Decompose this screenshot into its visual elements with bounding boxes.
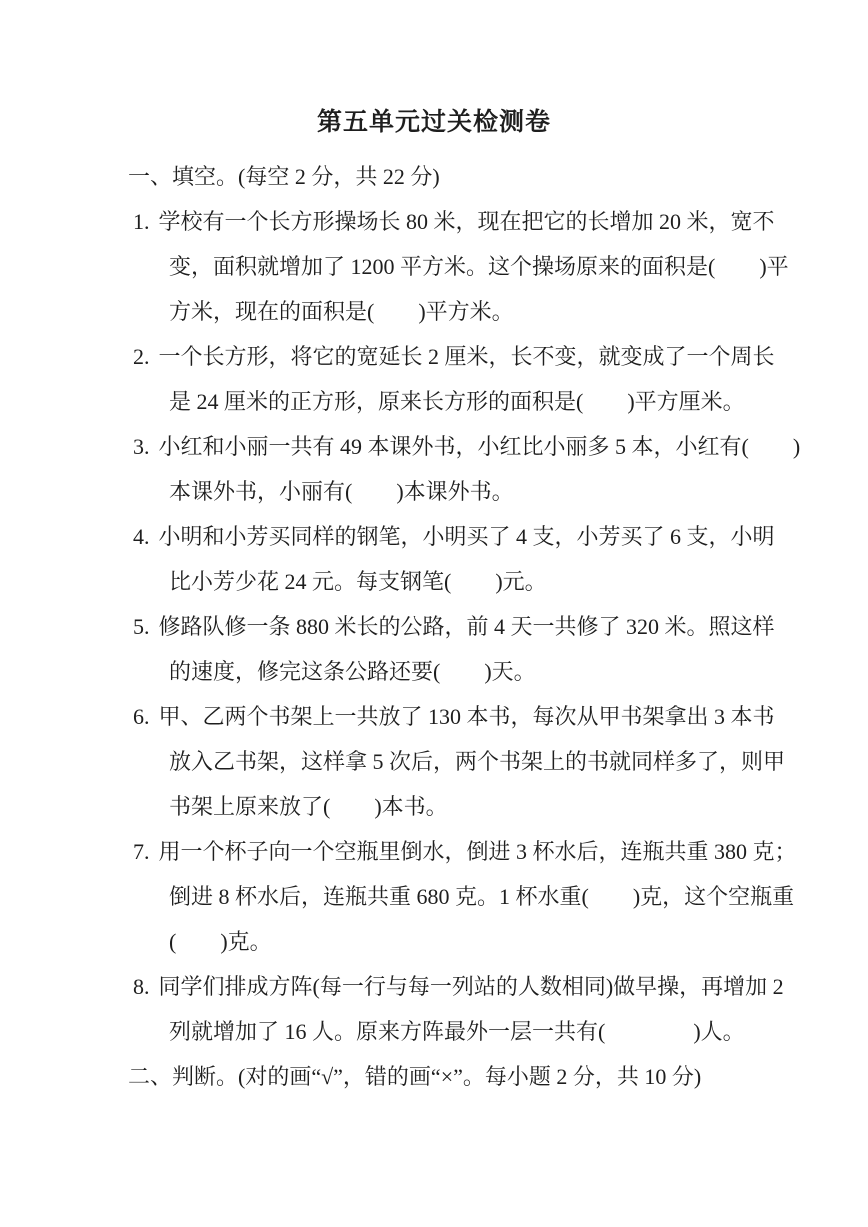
question-7-number: 7. bbox=[133, 829, 150, 874]
question-6-line-1: 6.甲、乙两个书架上一共放了 130 本书，每次从甲书架拿出 3 本书 bbox=[128, 694, 740, 739]
worksheet-page: 第五单元过关检测卷 一、填空。(每空 2 分，共 22 分) 1.学校有一个长方… bbox=[0, 0, 868, 1227]
question-6-line-2: 放入乙书架，这样拿 5 次后，两个书架上的书就同样多了，则甲 bbox=[128, 739, 740, 784]
section-2-heading: 二、判断。(对的画“√”，错的画“×”。每小题 2 分，共 10 分) bbox=[128, 1054, 740, 1099]
question-4-text-1: 小明和小芳买同样的钢笔，小明买了 4 支，小芳买了 6 支，小明 bbox=[159, 524, 775, 549]
question-2-text-1: 一个长方形，将它的宽延长 2 厘米，长不变，就变成了一个周长 bbox=[159, 344, 775, 369]
question-5-line-1: 5.修路队修一条 880 米长的公路，前 4 天一共修了 320 米。照这样 bbox=[128, 604, 740, 649]
page-title: 第五单元过关检测卷 bbox=[128, 106, 740, 140]
question-3-text-1: 小红和小丽一共有 49 本课外书，小红比小丽多 5 本，小红有( ) bbox=[159, 434, 801, 459]
question-2: 2.一个长方形，将它的宽延长 2 厘米，长不变，就变成了一个周长 是 24 厘米… bbox=[128, 334, 740, 424]
question-1-line-2: 变，面积就增加了 1200 平方米。这个操场原来的面积是( )平 bbox=[128, 244, 740, 289]
question-3-number: 3. bbox=[133, 424, 150, 469]
question-1-line-3: 方米，现在的面积是( )平方米。 bbox=[128, 289, 740, 334]
question-5-number: 5. bbox=[133, 604, 150, 649]
question-5-line-2: 的速度，修完这条公路还要( )天。 bbox=[128, 649, 740, 694]
question-1-number: 1. bbox=[133, 199, 150, 244]
question-7-line-3: ( )克。 bbox=[128, 919, 740, 964]
question-2-line-2: 是 24 厘米的正方形，原来长方形的面积是( )平方厘米。 bbox=[128, 379, 740, 424]
question-4: 4.小明和小芳买同样的钢笔，小明买了 4 支，小芳买了 6 支，小明 比小芳少花… bbox=[128, 514, 740, 604]
question-6-number: 6. bbox=[133, 694, 150, 739]
question-4-line-1: 4.小明和小芳买同样的钢笔，小明买了 4 支，小芳买了 6 支，小明 bbox=[128, 514, 740, 559]
question-4-number: 4. bbox=[133, 514, 150, 559]
question-8-line-1: 8.同学们排成方阵(每一行与每一列站的人数相同)做早操，再增加 2 bbox=[128, 964, 740, 1009]
question-3-line-2: 本课外书，小丽有( )本课外书。 bbox=[128, 469, 740, 514]
question-7-line-2: 倒进 8 杯水后，连瓶共重 680 克。1 杯水重( )克，这个空瓶重 bbox=[128, 874, 740, 919]
question-2-number: 2. bbox=[133, 334, 150, 379]
question-6-line-3: 书架上原来放了( )本书。 bbox=[128, 784, 740, 829]
question-3-line-1: 3.小红和小丽一共有 49 本课外书，小红比小丽多 5 本，小红有( ) bbox=[128, 424, 740, 469]
question-4-line-2: 比小芳少花 24 元。每支钢笔( )元。 bbox=[128, 559, 740, 604]
question-6-text-1: 甲、乙两个书架上一共放了 130 本书，每次从甲书架拿出 3 本书 bbox=[159, 704, 775, 729]
question-5-text-1: 修路队修一条 880 米长的公路，前 4 天一共修了 320 米。照这样 bbox=[159, 614, 775, 639]
section-1-heading: 一、填空。(每空 2 分，共 22 分) bbox=[128, 154, 740, 199]
question-1-text-1: 学校有一个长方形操场长 80 米，现在把它的长增加 20 米，宽不 bbox=[159, 209, 775, 234]
question-8: 8.同学们排成方阵(每一行与每一列站的人数相同)做早操，再增加 2 列就增加了 … bbox=[128, 964, 740, 1054]
question-7: 7.用一个杯子向一个空瓶里倒水，倒进 3 杯水后，连瓶共重 380 克； 倒进 … bbox=[128, 829, 740, 964]
question-8-number: 8. bbox=[133, 964, 150, 1009]
question-8-line-2: 列就增加了 16 人。原来方阵最外一层一共有( )人。 bbox=[128, 1009, 740, 1054]
question-5: 5.修路队修一条 880 米长的公路，前 4 天一共修了 320 米。照这样 的… bbox=[128, 604, 740, 694]
question-7-line-1: 7.用一个杯子向一个空瓶里倒水，倒进 3 杯水后，连瓶共重 380 克； bbox=[128, 829, 740, 874]
question-7-text-1: 用一个杯子向一个空瓶里倒水，倒进 3 杯水后，连瓶共重 380 克； bbox=[159, 839, 797, 864]
question-6: 6.甲、乙两个书架上一共放了 130 本书，每次从甲书架拿出 3 本书 放入乙书… bbox=[128, 694, 740, 829]
question-8-text-1: 同学们排成方阵(每一行与每一列站的人数相同)做早操，再增加 2 bbox=[159, 974, 784, 999]
question-3: 3.小红和小丽一共有 49 本课外书，小红比小丽多 5 本，小红有( ) 本课外… bbox=[128, 424, 740, 514]
question-1: 1.学校有一个长方形操场长 80 米，现在把它的长增加 20 米，宽不 变，面积… bbox=[128, 199, 740, 334]
question-1-line-1: 1.学校有一个长方形操场长 80 米，现在把它的长增加 20 米，宽不 bbox=[128, 199, 740, 244]
question-2-line-1: 2.一个长方形，将它的宽延长 2 厘米，长不变，就变成了一个周长 bbox=[128, 334, 740, 379]
